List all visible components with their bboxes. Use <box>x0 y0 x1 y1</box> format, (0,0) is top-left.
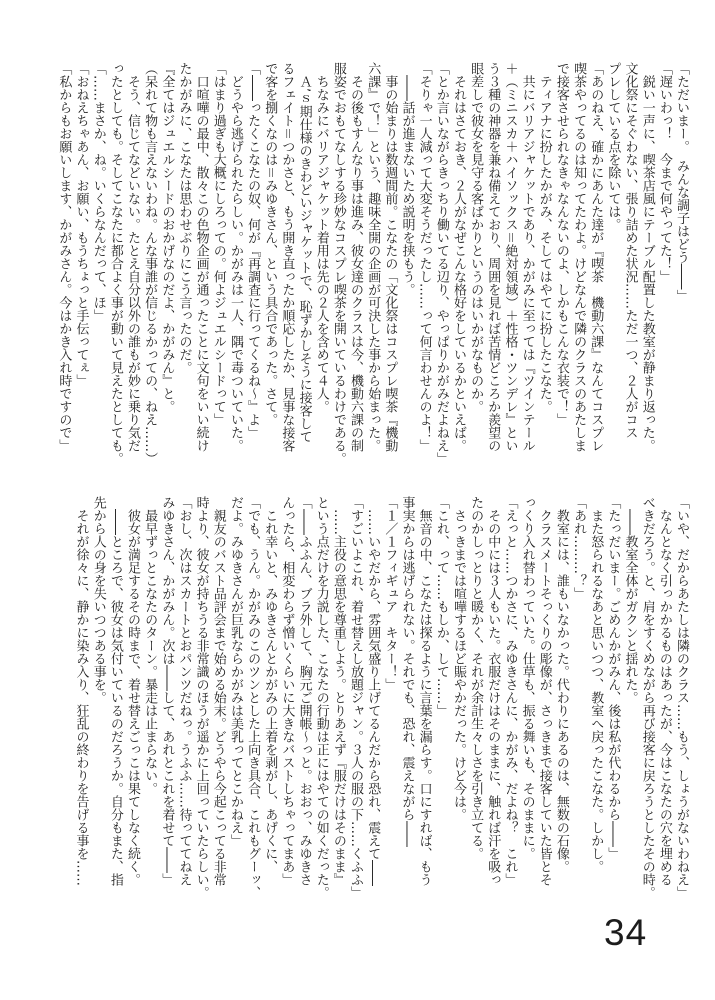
text-column: 事の始まりは数週間前。こなたの「文化祭はコスプレ喫茶『機動 <box>381 62 398 474</box>
text-column: 眼差しで彼女を見守る客ばかりというのはいかがなものか。 <box>467 62 484 474</box>
text-column: 「えっと……つかさに、みゆきさんに、かがみ、だよね？ これ」 <box>501 496 518 908</box>
text-column: 「たっだいまー。ごめんかがみん、後は私が代わるから――」 <box>604 496 621 908</box>
text-column: で客を捌くなのは＝みゆきさん、という具合であった。さて。 <box>261 62 278 474</box>
text-column: るフェイト＝つかさと、もう開き直ったか順応したか、見事な接客 <box>278 62 295 474</box>
text-column: 先から人の身を失いつつある事を。 <box>90 496 107 908</box>
text-column: 共にバリアジャケットであり、かがみに至っては『ツインテール <box>518 62 535 474</box>
text-column: ……いやだから、雰囲気盛り上げてるんだから恐れ、震えて―― <box>364 496 381 908</box>
text-column: 「すごいよこれ、着せ替えし放題ジャン。３人の服の下……くふふ」 <box>347 496 364 908</box>
text-column: という点だけを力説した、こなたの行動は正にはやての如くだった。 <box>313 496 330 908</box>
text-column: ――ところで、彼女は気付いているのだろうか。自分もまた、指 <box>107 496 124 908</box>
text-column: ――話が進まないため説明を挟もう。 <box>398 62 415 474</box>
text-column: 喫茶やってるのは知ってたわよ。けどなんで隣のクラスのあたしま <box>570 62 587 474</box>
text-column: 「遅いわっ！ 今まで何やってた！」 <box>656 62 673 474</box>
text-column: 親友のバスト品評会まで始める始末。どうやら今起こってる非常 <box>210 496 227 908</box>
text-column: う３種の神器を兼ね備えており、周囲を見れば苦情どころか羨望の <box>484 62 501 474</box>
text-column: 「とか言いながらきっちり働いてる辺り、やっぱりかがみだよねえ」 <box>433 62 450 474</box>
text-column: 六課』で！」という、趣味全開の企画が可決した事から始まった。 <box>364 62 381 474</box>
text-column: なんとなく引っかかるものはあったが、今はこなたの穴を埋める <box>656 496 673 908</box>
text-column: 最早ずっとこなたのターン。暴走は止まらない。 <box>141 496 158 908</box>
page-number: 34 <box>604 912 647 954</box>
text-column: その後もすんなり事は進み、彼女達のクラスは今、機動六課の制 <box>347 62 364 474</box>
text-column: べきだろう。と、肩をすくめながら再び接客に戻ろうとしたその時。 <box>639 496 656 908</box>
text-column: 「あのねえ、確かにあんた達が『喫茶 機動六課』なんてコスプレ <box>587 62 604 474</box>
text-column: 「おねえちゃあん、お願い、もうちょっと手伝ってぇ」 <box>72 62 89 474</box>
text-column: Ａ’ｓ期仕様のきわどいジャケットで、恥ずかしそうに接客して <box>295 62 312 474</box>
text-column: 「おし、次はスカートとおパンツだねっ。うふふ……待っててねえ <box>175 496 192 908</box>
text-column: 「ただいまー。 みんな調子はどう――」 <box>673 62 690 474</box>
text-column: 「でも、うん。かがみのこのツンとした上向き具合、これもグーッ、 <box>244 496 261 908</box>
text-column: 「これ、って……もしか、して……」 <box>433 496 450 908</box>
text-column: クラスメートそっくりの彫像が、さっきまで接客していた皆とそ <box>536 496 553 908</box>
text-column: 時より、彼女が持ちうる非常識のほうが遥かに上回っていたらしい。 <box>192 496 209 908</box>
text-column: たかがみに、こなたは思わせぶりにこう言ったのだ。 <box>175 62 192 474</box>
text-column: それが徐々に、静かに染み入り、狂乱の終わりを告げる事を…… <box>72 496 89 908</box>
text-block-top: 「ただいまー。 みんな調子はどう――」「遅いわっ！ 今まで何やってた！」 鋭い一… <box>55 62 690 474</box>
text-column: 鋭い一声に、喫茶店風にテーブル配置した教室が静まり返った。 <box>639 62 656 474</box>
text-column: ティアナに扮したかがみ、そしてはやてに扮したこなた。 <box>536 62 553 474</box>
text-column: プレしている点を除いては。 <box>604 62 621 474</box>
text-column: 「１／１フィギュア キター！」 <box>381 496 398 908</box>
novel-page: 「ただいまー。 みんな調子はどう――」「遅いわっ！ 今まで何やってた！」 鋭い一… <box>0 0 715 1000</box>
text-column: ――教室全体がガクンと揺れた。 <box>621 496 638 908</box>
text-column: さっきまでは喧嘩するほど賑やかだった。けど今は。 <box>450 496 467 908</box>
text-column: そう、信じてなどいない。たとえ自分以外の誰もが妙に乗り気だ <box>124 62 141 474</box>
text-column: 「はまり過ぎも大概にしろっての。何よジュエルシードって」 <box>210 62 227 474</box>
text-column: 「あれ………？」 <box>570 496 587 908</box>
text-column: どうやら逃げられたらしい。かがみは一人、隅で毒ついていた。 <box>227 62 244 474</box>
text-column: 『全てはジュエルシードのおかげなのだよ、かがみん』と。 <box>158 62 175 474</box>
text-column: 事実からは逃げられない。それでも、恐れ、震えながら―― <box>398 496 415 908</box>
text-column: っくり入れ替わっていた。仕草も、振る舞いも、そのままに。 <box>518 496 535 908</box>
text-column: んったら、相変わらず憎いくらいに大きなバストしちゃってまあ」 <box>278 496 295 908</box>
text-column: ったとしても。そしてこなたに都合よく事が動いて見えたとしても。 <box>107 62 124 474</box>
text-column: また怒られるなあと思いつつ、教室へ戻ったこなた。しかし。 <box>587 496 604 908</box>
text-column: で接客させられなきゃなんないのよ、しかもこんな衣装で！」 <box>553 62 570 474</box>
text-column: その中には３人もいた。衣服だけはそのままに、触れば汗を吸っ <box>484 496 501 908</box>
text-column: ＋（ミニスカ＋ハイソックス＝絶対領域）＋性格・ツンデレ』とい <box>501 62 518 474</box>
text-column: 口喧嘩の最中、散々この色物企画が通ったことに文句をいい続け <box>192 62 209 474</box>
text-column: 彼女が満足するその時まで、着せ替えごっこは果てしなく続く。 <box>124 496 141 908</box>
text-column: 教室には、誰もいなかった。代わりにあるのは、無数の石像。 <box>553 496 570 908</box>
text-column: 「――ふふん、ブラ外して、胸元ご開帳～っと。おおっ、みゆきさ <box>295 496 312 908</box>
text-column: 無音の中、こなたは探るように言葉を漏らす。口にすれば、もう <box>416 496 433 908</box>
text-column: 文化祭にそぐわない、張り詰めた状況……ただ一つ、２人がコス <box>621 62 638 474</box>
text-column: 「……まさか、ね。いくらなんだって、ほ」 <box>90 62 107 474</box>
text-column: （呆れて物も言えないわね。んな事誰が信じるかっての、ねえ……） <box>141 62 158 474</box>
text-column: だよ。みゆきさんが巨乳ならかがみは美乳ってとこかねえ」 <box>227 496 244 908</box>
text-column: これ幸いと、みゆきさんとかがみの上着を剥がし、あげくに、 <box>261 496 278 908</box>
text-column: 服姿でおもてなしする珍妙なコスプレ喫茶を開いているわけである。 <box>330 62 347 474</box>
text-column: みゆきさん、かがみん。次は――して、あれとこれを着せて――」 <box>158 496 175 908</box>
text-column: たのかしっとりと暖かく、それが余計生々しさを引き立てる。 <box>467 496 484 908</box>
text-column: それはさておき、２人がなぜこんな格好をしているかといえば。 <box>450 62 467 474</box>
text-column: 「――ったくこなたの奴、何が『再調査に行ってくるね～』よ」 <box>244 62 261 474</box>
text-column: 「私からもお願いします、かがみさん。今はかき入れ時ですので」 <box>55 62 72 474</box>
text-column: 「そりゃ一人減って大変そうだったし……って何言わせんのよ！」 <box>416 62 433 474</box>
text-column: ……主役の意思を尊重しよう。とりあえず『服だけはそのまま』 <box>330 496 347 908</box>
text-column: ちなみにバリアジャケット着用は先の２人を含めて４人。 <box>313 62 330 474</box>
text-block-bottom: 「いや、だからあたしは隣のクラス……もう、しょうがないわねえ」 なんとなく引っか… <box>72 496 690 908</box>
text-column: 「いや、だからあたしは隣のクラス……もう、しょうがないわねえ」 <box>673 496 690 908</box>
